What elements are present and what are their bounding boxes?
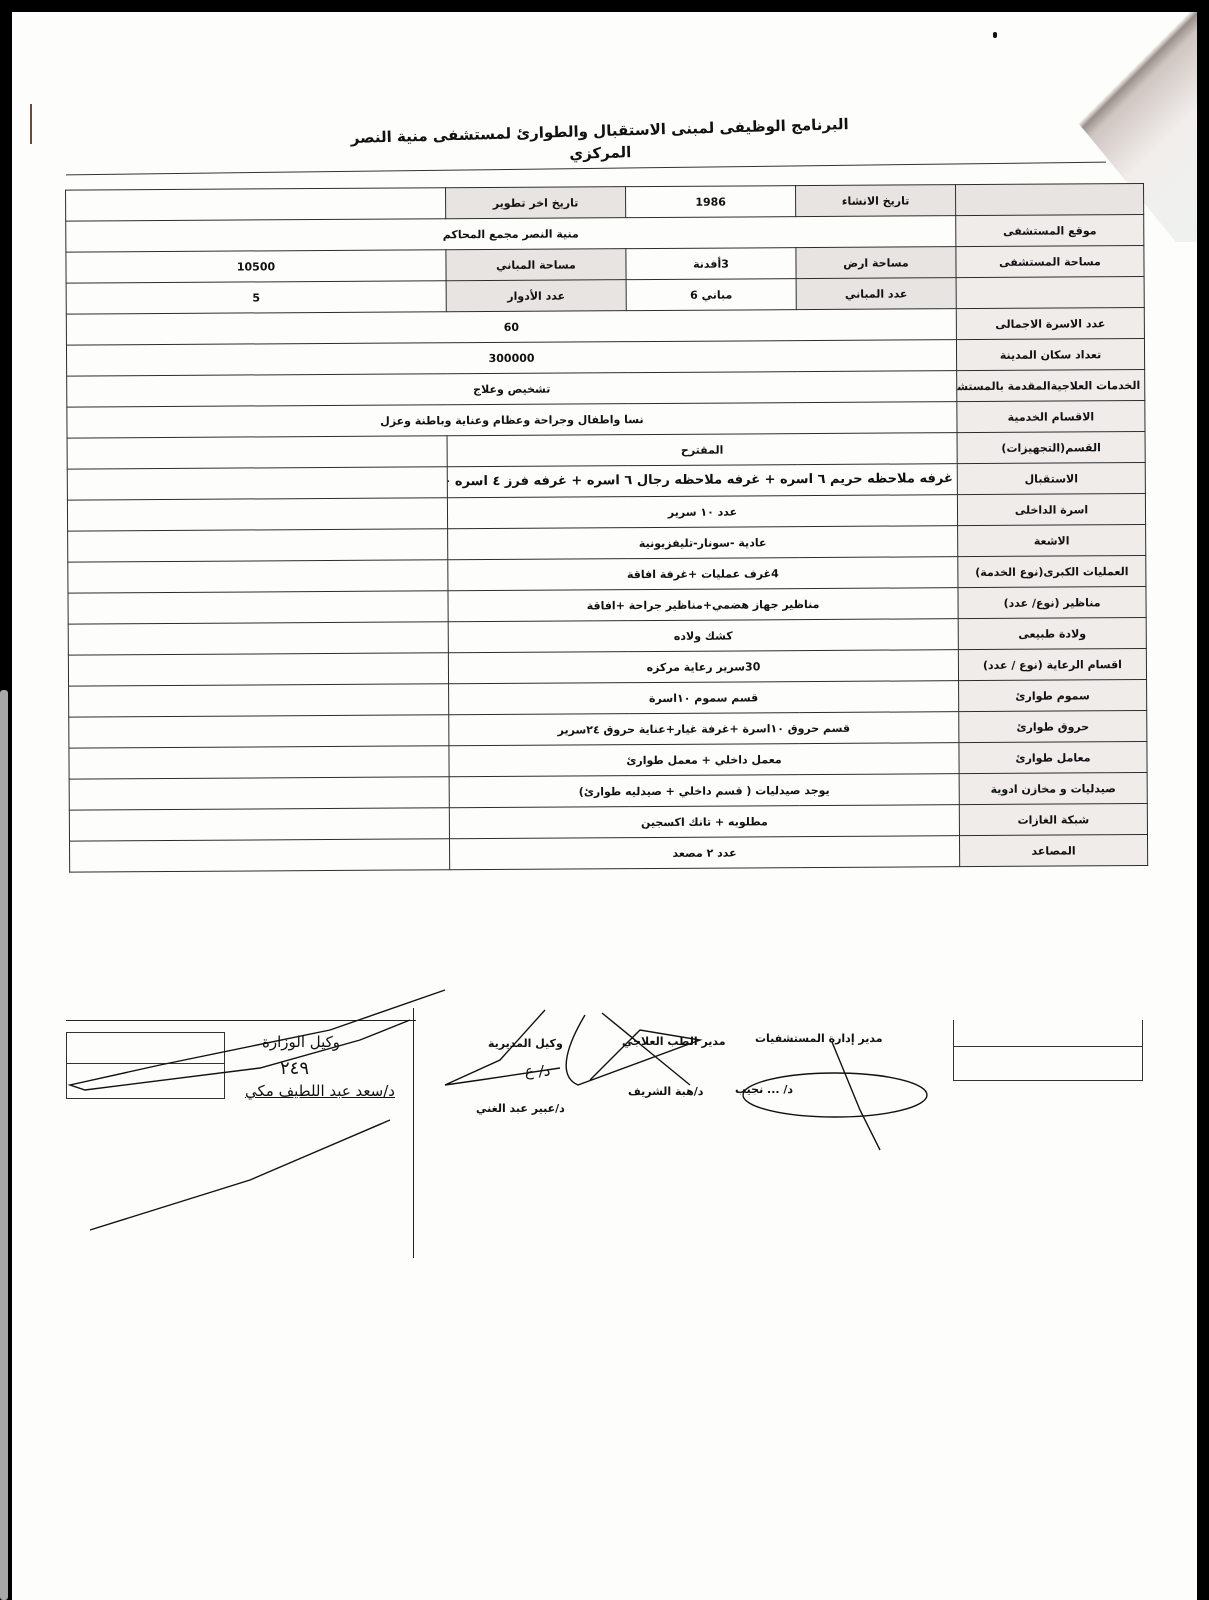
row-extra [68, 591, 448, 624]
buildings-count-label: عدد المباني [796, 278, 956, 310]
signature-name-curative-director: د/هبة الشريف [628, 1085, 703, 1098]
row-label: مناظير (نوع/ عدد) [958, 586, 1146, 618]
signature-rule [66, 1020, 416, 1021]
buildings-area-label: مساحة المباني [446, 249, 626, 281]
scrollbar[interactable] [0, 690, 8, 1600]
row-value: قسم حروق ١٠اسرة +غرفة غيار+عناية حروق ٢٤… [449, 712, 959, 746]
row-label: صيدليات و مخازن ادوية [959, 772, 1147, 804]
row-value: قسم سموم ١٠اسرة [449, 681, 959, 715]
proposed-label: المقترح [447, 433, 957, 467]
signature-name-ministry-deputy: د/سعد عبد اللطيف مكي [245, 1082, 395, 1100]
handwritten-initials: د/ ع [525, 1062, 550, 1080]
signature-title-hospitals-director: مدير إدارة المستشفيات [755, 1032, 883, 1045]
row-label: تعداد سكان المدينة [956, 339, 1144, 371]
row-value: عدد ٢ مصعد [449, 836, 959, 870]
row-label: اسرة الداخلى [957, 493, 1145, 525]
row-label: اقسام الرعاية (نوع / عدد) [958, 648, 1146, 680]
row-extra [67, 498, 447, 531]
section-extra [67, 436, 447, 469]
buildings-area-value: 10500 [66, 250, 446, 283]
row-extra [68, 529, 448, 562]
land-area-value: 3أفدنة [626, 248, 796, 280]
row-value: مطلوبه + تانك اكسجين [449, 805, 959, 839]
signature-divider [413, 1008, 414, 1258]
floors-count-label: عدد الأدوار [446, 280, 626, 312]
row-extra [69, 808, 449, 841]
row-value: 4غرف عمليات +غرفة افاقة [448, 557, 958, 591]
row-label: سموم طوارئ [959, 679, 1147, 711]
hospital-program-table: تاريخ الانشاء 1986 تاريخ اخر تطوير موقع … [65, 183, 1148, 873]
row-label: عدد الاسرة الاجمالى [956, 308, 1144, 340]
row-value: عادية -سونار-تليفزيونية [448, 526, 958, 560]
row-label: حروق طوارئ [959, 710, 1147, 742]
row-label: شبكة الغازات [959, 803, 1147, 835]
row-extra [68, 622, 448, 655]
land-area-label: مساحة ارض [796, 247, 956, 279]
row-value: يوجد صيدليات ( قسم داخلي + صيدليه طوارئ) [449, 774, 959, 808]
row-value: مناظير جهاز هضمي+مناظير جراحة +افاقة [448, 588, 958, 622]
edge-mark [30, 104, 32, 144]
row-extra [69, 777, 449, 810]
establishment-date-label: تاريخ الانشاء [796, 185, 956, 217]
row-label: الخدمات العلاجيةالمقدمة بالمستشفى [957, 369, 1145, 401]
row-extra [69, 746, 449, 779]
signature-title-ministry-deputy: وكيل الوزارة [262, 1033, 340, 1051]
handwritten-number: ٢٤٩ [280, 1058, 309, 1079]
empty-label-boxes [953, 1020, 1143, 1081]
row-label: الاشعة [958, 524, 1146, 556]
row-label: معامل طوارئ [959, 741, 1147, 773]
ink-dot [993, 32, 997, 38]
last-development-value [66, 188, 446, 221]
row-label: العمليات الكبرى(نوع الخدمة) [958, 555, 1146, 587]
last-development-label: تاريخ اخر تطوير [446, 187, 626, 219]
buildings-count-value: مباني 6 [626, 279, 796, 311]
row-extra [69, 684, 449, 717]
signature-title-directorate-deputy: وكيل المديرية [488, 1037, 563, 1050]
reception-label: الاستقبال [957, 462, 1145, 494]
row-label: الاقسام الخدمية [957, 400, 1145, 432]
signature-title-curative-director: مدير الطب العلاجي [622, 1035, 726, 1048]
row-extra [69, 715, 449, 748]
establishment-date-value: 1986 [626, 186, 796, 218]
row-extra [68, 653, 448, 686]
row-value: عدد ١٠ سرير [447, 495, 957, 529]
row-value: كشك ولاده [448, 619, 958, 653]
empty-left-boxes [66, 1032, 225, 1099]
row-extra [68, 560, 448, 593]
row-value: معمل داخلي + معمل طوارئ [449, 743, 959, 777]
signature-name-directorate-deputy: د/عبير عبد الغني [476, 1102, 565, 1115]
hospital-area-label: مساحة المستشفى [956, 246, 1144, 278]
floors-count-value: 5 [66, 281, 446, 314]
row-extra [69, 839, 449, 872]
reception-extra [67, 467, 447, 500]
row-label: ولادة طبيعى [958, 617, 1146, 649]
hospital-location-label: موقع المستشفى [956, 215, 1144, 247]
empty-header-cell [956, 184, 1144, 216]
reception-value: غرفه ملاحظه حريم ٦ اسره + غرفه ملاحظه رج… [447, 464, 957, 498]
row-label: المصاعد [959, 834, 1147, 866]
empty-label-cell [956, 277, 1144, 309]
table-row: المصاعد عدد ٢ مصعد [69, 834, 1147, 872]
section-label: القسم(التجهيزات) [957, 431, 1145, 463]
signature-name-hospitals-director: د/ ... نجيب [735, 1083, 793, 1096]
row-value: 30سرير رعاية مركزه [448, 650, 958, 684]
